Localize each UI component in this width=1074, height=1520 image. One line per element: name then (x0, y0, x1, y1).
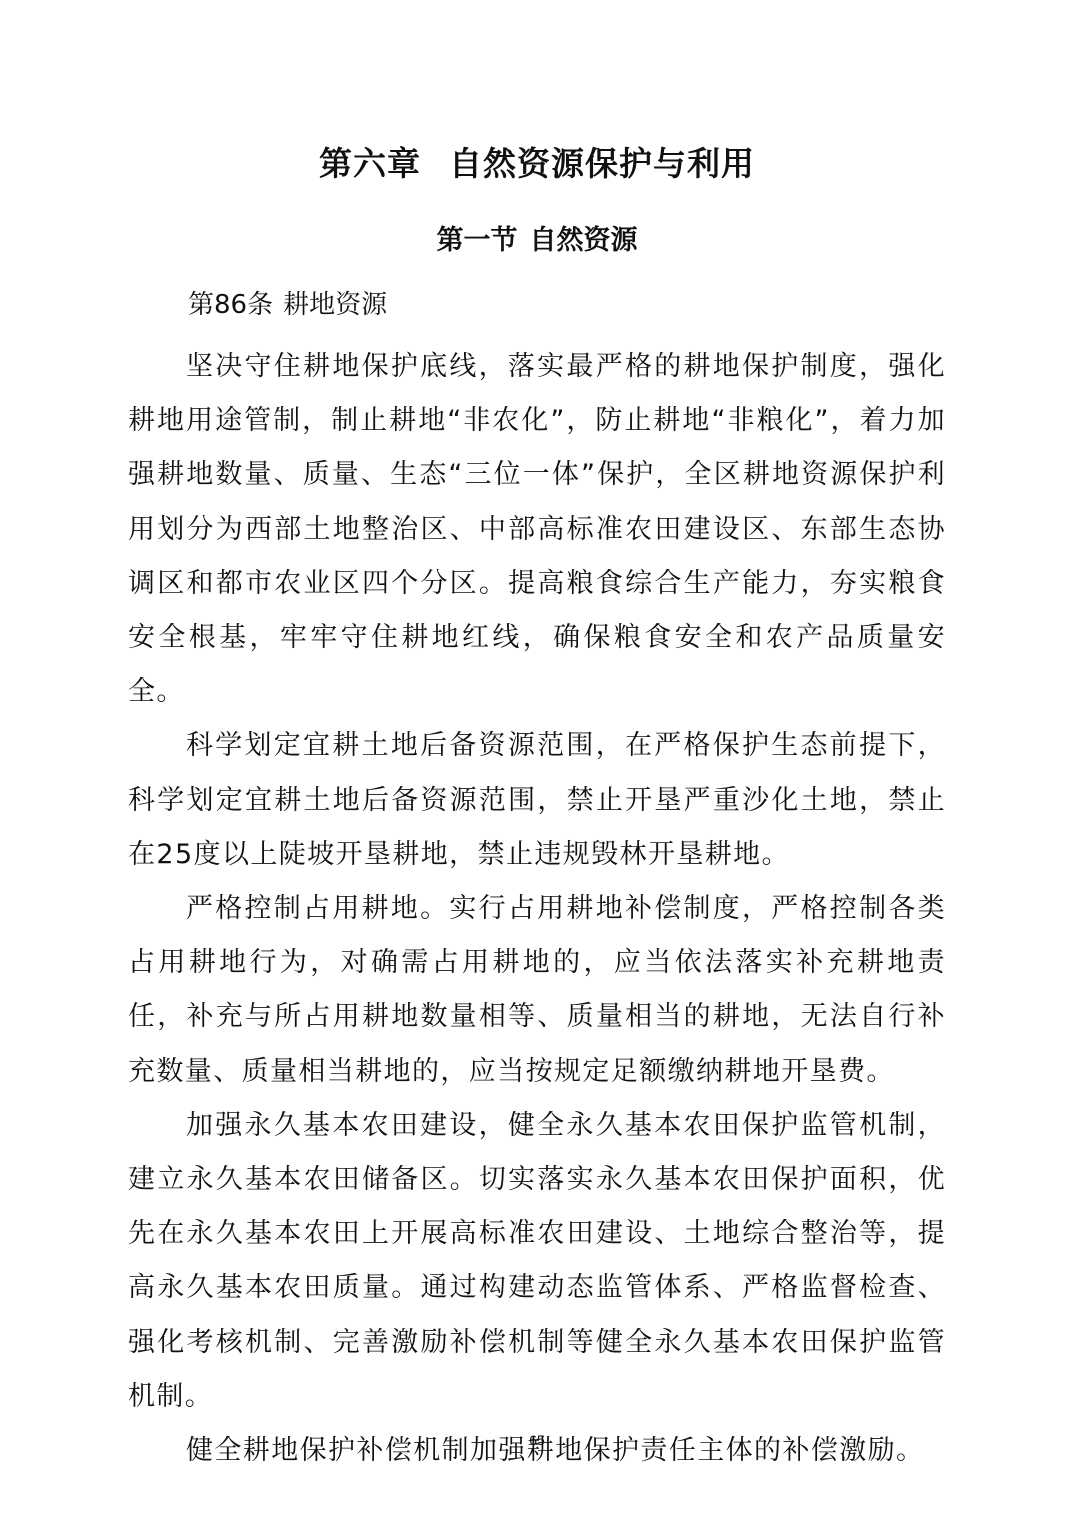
paragraph: 坚决守住耕地保护底线，落实最严格的耕地保护制度，强化耕地用途管制，制止耕地“非农… (128, 340, 946, 719)
section-title: 第一节自然资源 (0, 218, 1074, 257)
section-title-text: 自然资源 (530, 225, 638, 256)
article-title: 耕地资源 (283, 290, 387, 320)
chapter-number: 第六章 (319, 144, 421, 183)
body-text: 坚决守住耕地保护底线，落实最严格的耕地保护制度，强化耕地用途管制，制止耕地“非农… (128, 340, 946, 1478)
page-number: 65 (0, 1432, 1074, 1448)
paragraph: 严格控制占用耕地。实行占用耕地补偿制度，严格控制各类占用耕地行为，对确需占用耕地… (128, 882, 946, 1099)
article-number: 第86条 (188, 290, 273, 320)
document-page: 第六章自然资源保护与利用 第一节自然资源 第86条耕地资源 坚决守住耕地保护底线… (0, 0, 1074, 1520)
paragraph: 加强永久基本农田建设，健全永久基本农田保护监管机制，建立永久基本农田储备区。切实… (128, 1099, 946, 1424)
paragraph: 科学划定宜耕土地后备资源范围，在严格保护生态前提下，科学划定宜耕土地后备资源范围… (128, 719, 946, 882)
chapter-title-text: 自然资源保护与利用 (449, 144, 755, 183)
chapter-title: 第六章自然资源保护与利用 (0, 138, 1074, 185)
section-number: 第一节 (437, 225, 518, 256)
article-heading: 第86条耕地资源 (188, 284, 387, 321)
